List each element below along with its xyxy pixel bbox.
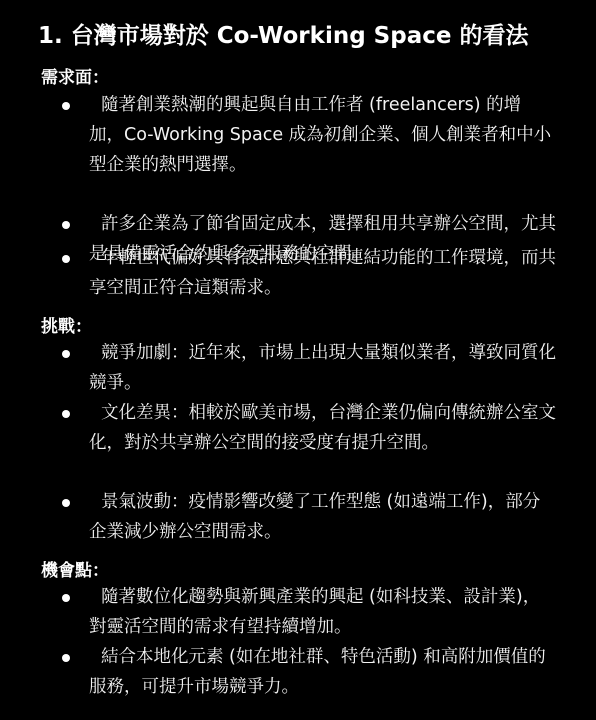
list-item-text: 結合本地化元素 (如在地社群、特色活動) 和高附加價值的服務，可提升市場競爭力。 (89, 642, 556, 702)
bullet-icon (62, 594, 70, 602)
list-item-text: 隨著數位化趨勢與新興產業的興起 (如科技業、設計業)，對靈活空間的需求有望持續增… (89, 582, 556, 642)
bullet-icon (62, 255, 70, 263)
bullet-icon (62, 410, 70, 418)
list-item-text: 文化差異：相較於歐美市場，台灣企業仍偏向傳統辦公室文化，對於共享辦公空間的接受度… (89, 398, 556, 458)
bullet-icon (62, 221, 70, 229)
bullet-icon (62, 350, 70, 358)
list-item-text: 隨著創業熱潮的興起與自由工作者 (freelancers) 的增加，Co-Wor… (89, 90, 556, 180)
document-title: 1. 台灣市場對於 Co-Working Space 的看法 (38, 17, 528, 50)
list-item-text: 年輕世代偏好具有設計感與社群連結功能的工作環境，而共享空間正符合這類需求。 (89, 243, 556, 303)
list-item-text: 競爭加劇：近年來，市場上出現大量類似業者，導致同質化競爭。 (89, 338, 556, 398)
bullet-icon (62, 654, 70, 662)
document-page: 1. 台灣市場對於 Co-Working Space 的看法 需求面： 隨著創業… (0, 0, 596, 720)
section-heading-demand: 需求面： (41, 63, 109, 88)
list-item-text: 景氣波動：疫情影響改變了工作型態 (如遠端工作)，部分企業減少辦公空間需求。 (89, 487, 556, 547)
section-heading-challenges: 挑戰： (41, 312, 92, 337)
bullet-icon (62, 499, 70, 507)
section-heading-opportunities: 機會點： (41, 556, 109, 581)
bullet-icon (62, 102, 70, 110)
